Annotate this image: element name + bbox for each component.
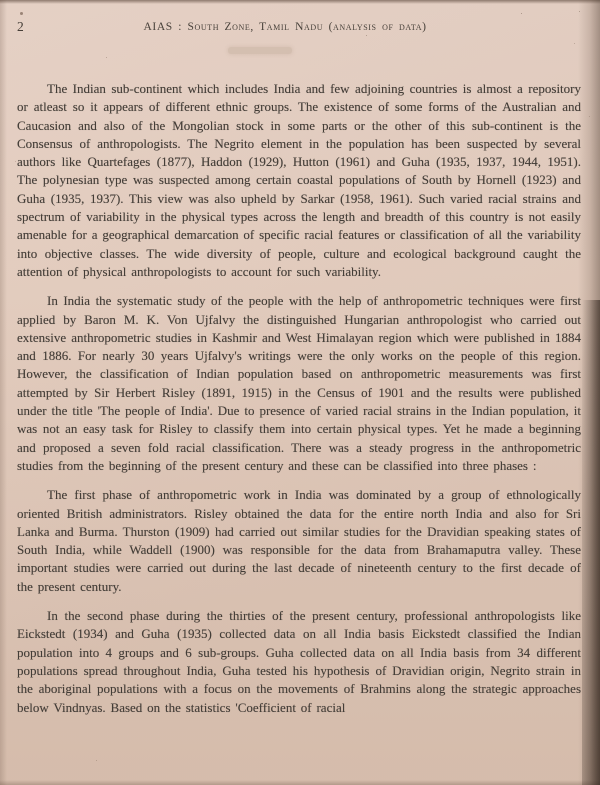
page-header-row: 2 AIAS : South Zone, Tamil Nadu (analysi… (0, 0, 600, 40)
paragraph: The first phase of anthropometric work i… (17, 486, 581, 596)
page-body-text: The Indian sub-continent which includes … (17, 80, 581, 728)
paragraph: In the second phase during the thirties … (17, 607, 581, 717)
page-edge-shadow-bottom (0, 780, 600, 785)
scanned-book-page: 2 AIAS : South Zone, Tamil Nadu (analysi… (0, 0, 600, 785)
scan-smudge (228, 47, 292, 54)
paragraph: The Indian sub-continent which includes … (17, 80, 581, 281)
page-edge-shadow-right (578, 0, 600, 785)
page-spine-shadow (582, 300, 600, 785)
page-edge-shadow-left (0, 0, 7, 785)
running-header: AIAS : South Zone, Tamil Nadu (analysis … (0, 21, 570, 33)
paragraph: In India the systematic study of the peo… (17, 292, 581, 475)
